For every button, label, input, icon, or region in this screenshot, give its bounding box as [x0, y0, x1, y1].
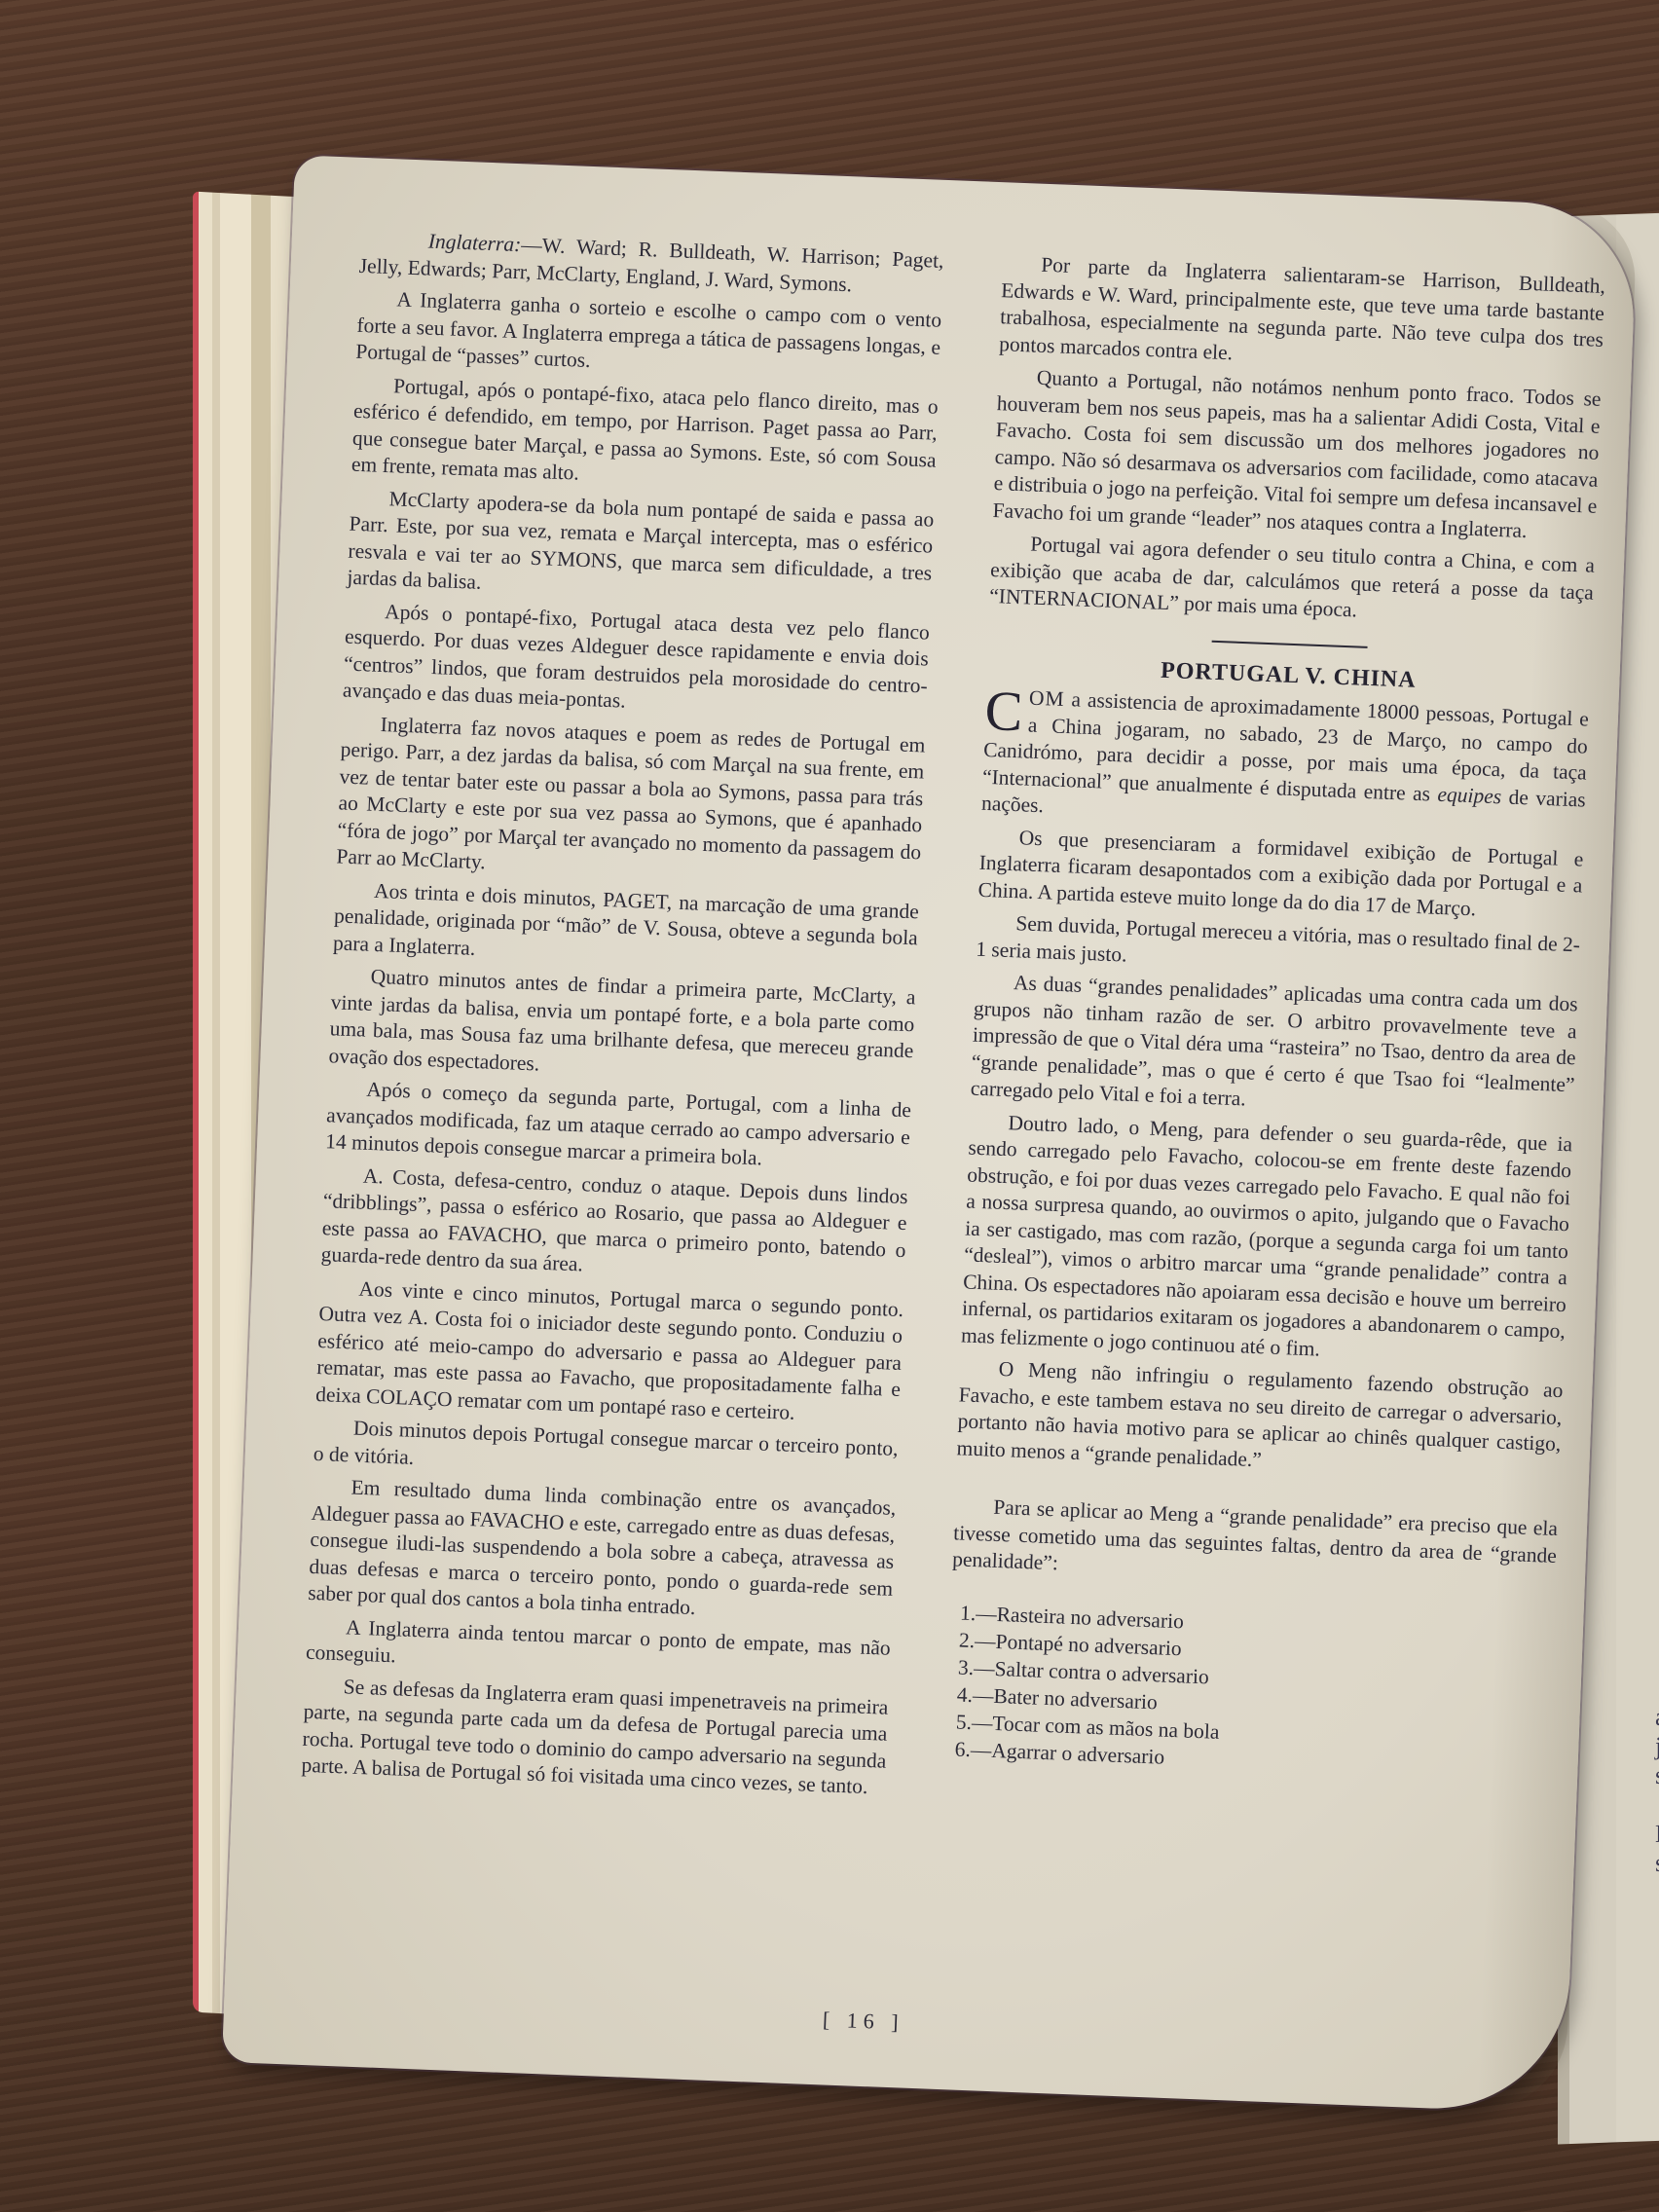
- drop-cap: C: [984, 687, 1024, 735]
- left-column: Inglaterra:—W. Ward; R. Bulldeath, W. Ha…: [301, 226, 944, 1807]
- facing-page-fragment: su: [1655, 1848, 1659, 1878]
- paragraph: Os que presenciaram a formidavel exibiçã…: [977, 823, 1584, 926]
- lineup-label: Inglaterra:: [427, 230, 521, 257]
- paragraph: Aos trinta e dois minutos, PAGET, na mar…: [333, 876, 920, 978]
- paragraph: Se as defesas da Inglaterra eram quasi i…: [301, 1672, 889, 1801]
- section-divider: [1212, 640, 1368, 647]
- faults-list: 1.—Rasteira no adversario 2.—Pontapé no …: [944, 1599, 1554, 1786]
- paragraph: Após o começo da segunda parte, Portugal…: [325, 1075, 912, 1177]
- page-number: [ 16 ]: [823, 2007, 905, 2035]
- paragraph: Portugal vai agora defender o seu titulo…: [989, 530, 1596, 633]
- paragraph: O Meng não infringiu o regulamento fazen…: [956, 1354, 1564, 1485]
- lead-paragraph: COM a assistencia de aproximadamente 180…: [981, 683, 1590, 840]
- paragraph: Por parte da Inglaterra salientaram-se H…: [999, 250, 1606, 381]
- lead-italic-word: equipes: [1437, 782, 1502, 808]
- facing-page-fragment: se: [1655, 1760, 1659, 1790]
- facing-page-fragment: a: [1655, 1703, 1659, 1732]
- book-page: Inglaterra:—W. Ward; R. Bulldeath, W. Ha…: [222, 155, 1638, 2114]
- paragraph: Em resultado duma linda combinação entre…: [308, 1473, 897, 1629]
- paragraph: Aos vinte e cinco minutos, Portugal marc…: [315, 1274, 904, 1430]
- paragraph: A. Costa, defesa-centro, conduz o ataque…: [320, 1161, 908, 1291]
- paragraph: Após o pontapé-fixo, Portugal ataca dest…: [343, 597, 931, 726]
- paragraph: Doutro lado, o Meng, para defender o seu…: [961, 1108, 1573, 1372]
- paragraph: McClarty apodera-se da bola num pontapé …: [347, 484, 935, 613]
- right-column: Por parte da Inglaterra salientaram-se H…: [944, 250, 1605, 1785]
- paragraph: Quatro minutos antes de findar a primeir…: [328, 962, 916, 1091]
- paragraph: Inglaterra faz novos ataques e poem as r…: [336, 710, 926, 893]
- lead-caps: OM: [1029, 686, 1066, 711]
- paragraph: Quanto a Portugal, não notámos nenhum po…: [992, 363, 1602, 547]
- paragraph: Portugal, após o pontapé-fixo, ataca pel…: [350, 371, 939, 500]
- facing-page-fragment: ja: [1655, 1731, 1659, 1761]
- facing-page-fragment: H: [1655, 1819, 1659, 1849]
- paragraph: As duas “grandes penalidades” aplicadas …: [970, 969, 1578, 1125]
- paragraph: A Inglaterra ganha o sorteio e escolhe o…: [355, 285, 942, 387]
